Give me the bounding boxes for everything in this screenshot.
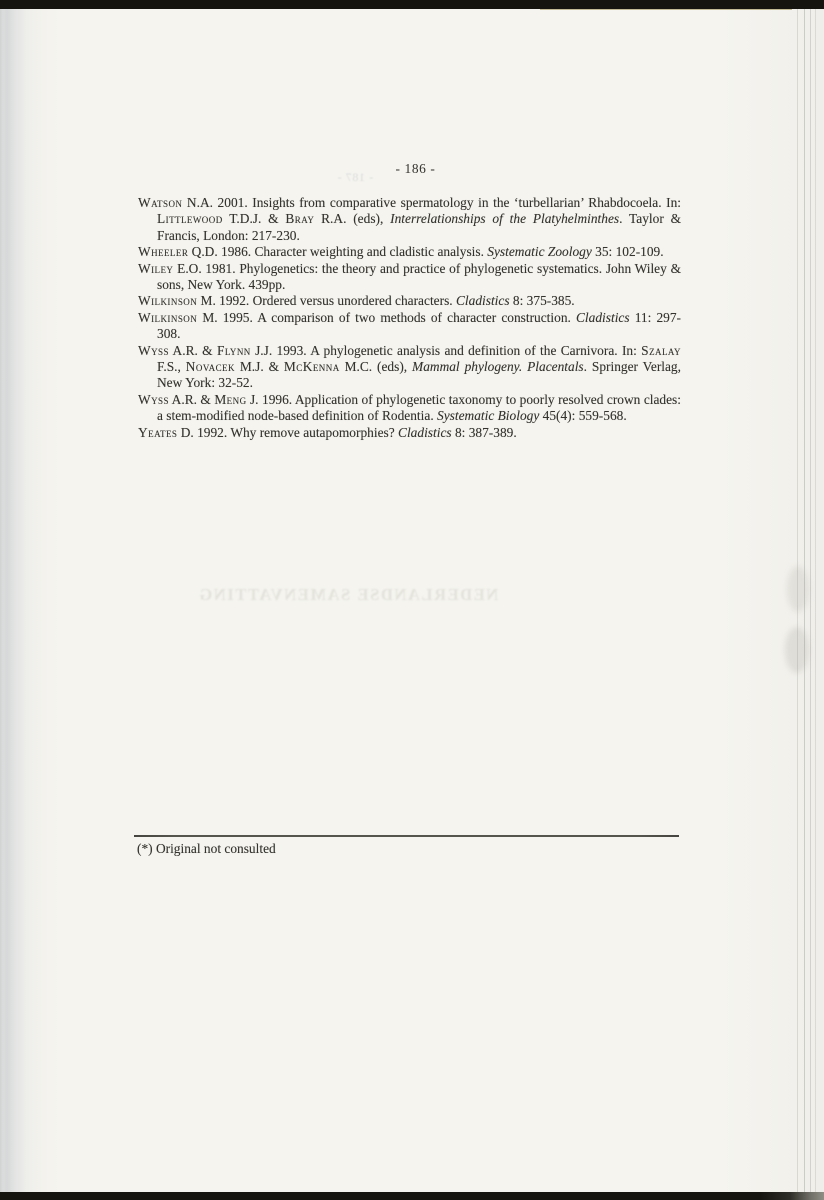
reference-text: T.D.J. & — [223, 211, 286, 226]
reference-author-name: Wilkinson — [138, 310, 197, 325]
reference-entry: Wilkinson M. 1995. A comparison of two m… — [138, 310, 681, 343]
reference-list: Watson N.A. 2001. Insights from comparat… — [138, 195, 681, 441]
page-stack-edge-line — [810, 9, 811, 1192]
reference-author-name: Wheeler — [138, 244, 188, 259]
smudge-mark — [785, 627, 809, 673]
reference-author-name: Flynn — [217, 343, 251, 358]
reference-text: 45(4): 559-568. — [539, 408, 626, 423]
scanned-page: - 187 - - 186 - Watson N.A. 2001. Insigh… — [0, 0, 824, 1200]
reference-text: D. 1992. Why remove autapomorphies? — [177, 425, 398, 440]
reference-text: N.A. 2001. Insights from comparative spe… — [182, 195, 681, 210]
reference-author-name: Bray — [285, 211, 314, 226]
page-stack-edge-line — [815, 9, 816, 1192]
reference-text: M.J. & — [235, 359, 284, 374]
reference-text: A.R. & — [169, 392, 214, 407]
footnote-text: (*) Original not consulted — [137, 841, 276, 857]
reference-author-name: Novacek — [186, 359, 235, 374]
scan-edge-top — [0, 0, 824, 9]
reference-text: J.J. 1993. A phylogenetic analysis and d… — [251, 343, 641, 358]
reference-text: A.R. & — [169, 343, 217, 358]
reference-text: 8: 375-385. — [510, 293, 575, 308]
reference-entry: Wiley E.O. 1981. Phylogenetics: the theo… — [138, 261, 681, 294]
reference-italic-text: Cladistics — [576, 310, 630, 325]
reference-italic-text: Mammal phylogeny. Placentals — [412, 359, 584, 374]
reference-entry: Wyss A.R. & Flynn J.J. 1993. A phylogene… — [138, 343, 681, 392]
bleed-through-title: NEDERLANDSE SAMENVATTING — [197, 585, 499, 604]
reference-italic-text: Systematic Zoology — [487, 244, 592, 259]
reference-author-name: Meng — [214, 392, 246, 407]
reference-author-name: Wyss — [138, 343, 169, 358]
footnote-divider — [134, 835, 679, 837]
page-number: - 186 - — [144, 161, 687, 177]
reference-entry: Wyss A.R. & Meng J. 1996. Application of… — [138, 392, 681, 425]
scan-edge-bottom — [0, 1192, 824, 1200]
reference-text: M. 1992. Ordered versus unordered charac… — [197, 293, 456, 308]
reference-author-name: Wilkinson — [138, 293, 197, 308]
reference-entry: Wheeler Q.D. 1986. Character weighting a… — [138, 244, 681, 260]
reference-author-name: Yeates — [138, 425, 177, 440]
reference-author-name: McKenna — [284, 359, 340, 374]
reference-entry: Yeates D. 1992. Why remove autapomorphie… — [138, 425, 681, 441]
reference-text: 8: 387-389. — [452, 425, 517, 440]
reference-italic-text: Systematic Biology — [437, 408, 539, 423]
reference-entry: Watson N.A. 2001. Insights from comparat… — [138, 195, 681, 244]
reference-author-name: Littlewood — [157, 211, 223, 226]
reference-text: M.C. (eds), — [340, 359, 412, 374]
reference-author-name: Wiley — [138, 261, 173, 276]
reference-text: E.O. 1981. Phylogenetics: the theory and… — [157, 261, 681, 292]
reference-text: Q.D. 1986. Character weighting and cladi… — [188, 244, 487, 259]
reference-italic-text: Cladistics — [456, 293, 510, 308]
reference-text: 35: 102-109. — [592, 244, 664, 259]
reference-author-name: Watson — [138, 195, 182, 210]
reference-italic-text: Interrelationships of the Platyhelminthe… — [390, 211, 619, 226]
smudge-mark — [787, 566, 809, 612]
reference-italic-text: Cladistics — [398, 425, 452, 440]
reference-text: R.A. (eds), — [314, 211, 390, 226]
reference-author-name: Szalay — [641, 343, 681, 358]
reference-text: F.S., — [157, 359, 186, 374]
reference-entry: Wilkinson M. 1992. Ordered versus unorde… — [138, 293, 681, 309]
reference-text: M. 1995. A comparison of two methods of … — [197, 310, 576, 325]
scan-edge-top-accent — [540, 9, 792, 10]
reference-author-name: Wyss — [138, 392, 169, 407]
